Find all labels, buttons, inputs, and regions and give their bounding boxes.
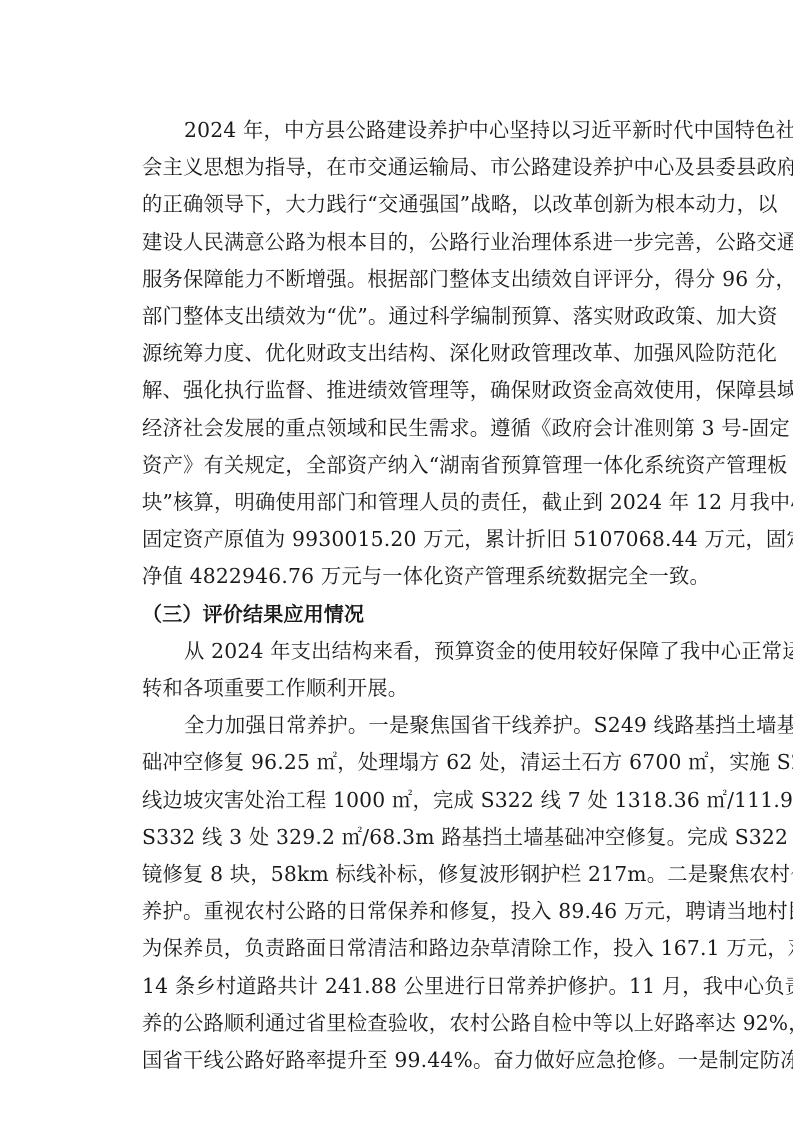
text-line: 全力加强日常养护。一是聚焦国省干线养护。S249 线路基挡土墙基 [100, 707, 697, 744]
text-line: S332 线 3 处 329.2 ㎡/68.3m 路基挡土墙基础冲空修复。完成 … [100, 819, 697, 856]
text-line: 解、强化执行监督、推进绩效管理等，确保财政资金高效使用，保障县域 [100, 372, 697, 409]
section-heading: （三）评价结果应用情况 [100, 596, 697, 633]
text-line: 部门整体支出绩效为“优”。通过科学编制预算、落实财政政策、加大资 [100, 298, 697, 335]
text-line: 础冲空修复 96.25 ㎡，处理塌方 62 处，清运土石方 6700 ㎡，实施 … [100, 744, 697, 781]
text-line: 资产》有关规定，全部资产纳入“湖南省预算管理一体化系统资产管理板 [100, 447, 697, 484]
text-line: 固定资产原值为 9930015.20 万元，累计折旧 5107068.44 万元… [100, 521, 697, 558]
text-line: 从 2024 年支出结构来看，预算资金的使用较好保障了我中心正常运 [100, 633, 697, 670]
document-page: 2024 年，中方县公路建设养护中心坚持以习近平新时代中国特色社 会主义思想为指… [100, 112, 697, 1079]
text-line: 块”核算，明确使用部门和管理人员的责任，截止到 2024 年 12 月我中心 [100, 484, 697, 521]
text-line: 会主义思想为指导，在市交通运输局、市公路建设养护中心及县委县政府 [100, 149, 697, 186]
text-line: 建设人民满意公路为根本目的，公路行业治理体系进一步完善，公路交通 [100, 224, 697, 261]
text-line: 净值 4822946.76 万元与一体化资产管理系统数据完全一致。 [100, 558, 697, 595]
text-line: 源统筹力度、优化财政支出结构、深化财政管理改革、加强风险防范化 [100, 335, 697, 372]
paragraph-daily-maintenance: 全力加强日常养护。一是聚焦国省干线养护。S249 线路基挡土墙基 础冲空修复 9… [100, 707, 697, 1079]
text-line: 养护。重视农村公路的日常保养和修复，投入 89.46 万元，聘请当地村民 [100, 893, 697, 930]
text-line: 养的公路顺利通过省里检查验收，农村公路自检中等以上好路率达 92%， [100, 1005, 697, 1042]
text-line: 线边坡灾害处治工程 1000 ㎡，完成 S322 线 7 处 1318.36 ㎡… [100, 782, 697, 819]
paragraph-performance-summary: 2024 年，中方县公路建设养护中心坚持以习近平新时代中国特色社 会主义思想为指… [100, 112, 697, 596]
text-line: 2024 年，中方县公路建设养护中心坚持以习近平新时代中国特色社 [100, 112, 697, 149]
text-line: 服务保障能力不断增强。根据部门整体支出绩效自评评分，得分 96 分， [100, 261, 697, 298]
text-line: 转和各项重要工作顺利开展。 [100, 670, 697, 707]
text-line: 经济社会发展的重点领域和民生需求。遵循《政府会计准则第 3 号-固定 [100, 410, 697, 447]
text-line: 的正确领导下，大力践行“交通强国”战略，以改革创新为根本动力，以 [100, 186, 697, 223]
text-line: 国省干线公路好路率提升至 99.44%。奋力做好应急抢修。一是制定防冻 [100, 1042, 697, 1079]
text-line: 为保养员，负责路面日常清洁和路边杂草清除工作，投入 167.1 万元，对 [100, 930, 697, 967]
text-line: 14 条乡村道路共计 241.88 公里进行日常养护修护。11 月，我中心负责管 [100, 968, 697, 1005]
text-line: 镜修复 8 块，58km 标线补标，修复波形钢护栏 217m。二是聚焦农村公路 [100, 856, 697, 893]
paragraph-expenditure-structure: 从 2024 年支出结构来看，预算资金的使用较好保障了我中心正常运 转和各项重要… [100, 633, 697, 707]
